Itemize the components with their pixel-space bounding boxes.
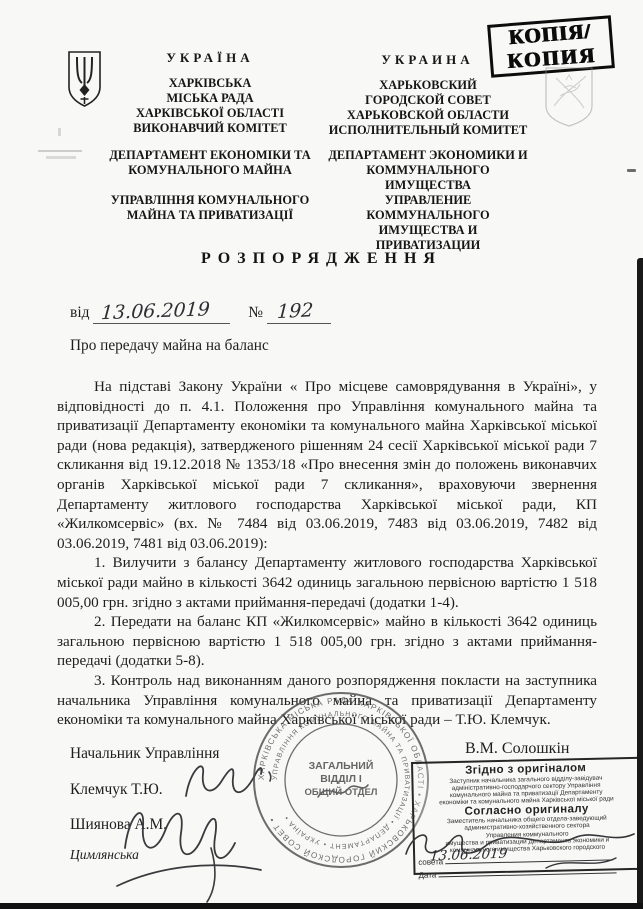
cert-handwritten-date: 13.06.2019: [429, 846, 508, 865]
document-subject: Про передачу майна на баланс: [70, 337, 490, 355]
signer-name-shyianova: Шиянова А.М.: [70, 816, 167, 834]
svg-text:ОБЩИЙ ОТДЕЛ: ОБЩИЙ ОТДЕЛ: [305, 786, 378, 798]
svg-text:ЗАГАЛЬНИЙ: ЗАГАЛЬНИЙ: [309, 759, 374, 772]
org-name-ru: ХАРЬКОВСКИЙ ГОРОДСКОЙ СОВЕТ ХАРЬКОВСКОЙ …: [328, 78, 528, 138]
scan-smudge: [38, 150, 82, 152]
scan-edge-mark: [627, 169, 636, 172]
date-number-row: від 13.06.2019 № 192: [70, 300, 530, 324]
number-label: №: [248, 304, 263, 321]
country-title-ua: УКРАЇНА: [110, 50, 310, 66]
department-name-ua: ДЕПАРТАМЕНТ ЕКОНОМІКИ ТА КОМУНАЛЬНОГО МА…: [100, 148, 320, 178]
paragraph-item-2: 2. Передати на баланс КП «Жилкомсервіс» …: [57, 612, 597, 671]
scanned-document-page: УКРАЇНА УКРАИНА ХАРКІВСЬКА МІСЬКА РАДА Х…: [0, 0, 643, 909]
org-name-ua: ХАРКІВСЬКА МІСЬКА РАДА ХАРКІВСЬКОЇ ОБЛАС…: [100, 76, 320, 136]
document-body: На підставі Закону України « Про місцеве…: [57, 377, 597, 730]
ukraine-trident-emblem-icon: [66, 50, 103, 109]
department-name-ru: ДЕПАРТАМЕНТ ЭКОНОМИКИ И КОММУНАЛЬНОГО ИМ…: [328, 148, 528, 193]
signer-name-soloshkin: В.М. Солошкін: [465, 740, 569, 758]
handwritten-date: 13.06.2019: [93, 298, 232, 326]
paragraph-preamble: На підставі Закону України « Про місцеве…: [57, 377, 597, 553]
signer-name-klemchuk: Клемчук Т.Ю.: [70, 781, 163, 799]
round-office-stamp: ХАРКІВСЬКА МІСЬКА РАДА ХАРКІВСЬКОЇ ОБЛАС…: [250, 689, 432, 871]
number-underline: 192: [267, 300, 331, 324]
handwritten-number: 192: [266, 298, 331, 324]
scan-smudge: [58, 128, 61, 136]
office-name-ua: УПРАВЛІННЯ КОМУНАЛЬНОГО МАЙНА ТА ПРИВАТИ…: [100, 193, 320, 223]
scan-edge-bottom: [0, 903, 643, 909]
signer-position: Начальник Управління: [70, 745, 219, 763]
paragraph-item-1: 1. Вилучити з балансу Департаменту житло…: [57, 553, 597, 612]
date-underline: 13.06.2019: [93, 300, 230, 324]
scan-edge-right: [637, 258, 643, 909]
document-title: РОЗПОРЯДЖЕННЯ: [0, 250, 643, 268]
office-name-ru: УПРАВЛЕНИЕ КОММУНАЛЬНОГО ИМУЩЕСТВА И ПРИ…: [328, 193, 528, 253]
svg-text:ВІДДІЛ І: ВІДДІЛ І: [320, 773, 362, 785]
kharkiv-crest-faint-icon: [536, 66, 602, 128]
signer-name-tsymlianska: Цимлянська: [70, 847, 139, 863]
date-label: від: [70, 304, 90, 321]
scan-smudge: [46, 156, 76, 159]
